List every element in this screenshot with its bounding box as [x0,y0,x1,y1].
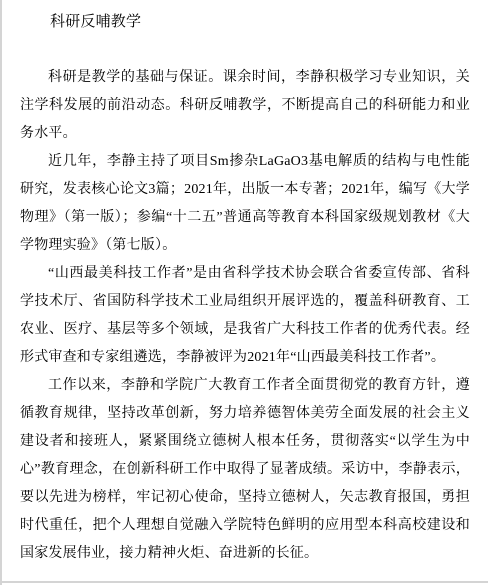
paragraph-award-selection: “山西最美科技工作者”是由省科学技术协会联合省委宣传部、省科学技术厅、省国防科学… [20,260,470,372]
paragraph-education-philosophy: 工作以来，李静和学院广大教育工作者全面贯彻党的教育方针，遵循教育规律，坚持改革创… [20,372,470,568]
document-content: 科研反哺教学 科研是教学的基础与保证。课余时间，李静积极学习专业知识，关注学科发… [20,8,470,568]
page-bottom-edge-line [0,581,488,583]
document-page: 科研反哺教学 科研是教学的基础与保证。课余时间，李静积极学习专业知识，关注学科发… [0,0,488,585]
paragraph-research-teaching: 科研是教学的基础与保证。课余时间，李静积极学习专业知识，关注学科发展的前沿动态。… [20,64,470,148]
page-left-edge-line [0,0,2,585]
document-heading: 科研反哺教学 [20,8,470,36]
paragraph-projects-publications: 近几年，李静主持了项目Sm掺杂LaGaO3基电解质的结构与电性能研究，发表核心论… [20,148,470,260]
